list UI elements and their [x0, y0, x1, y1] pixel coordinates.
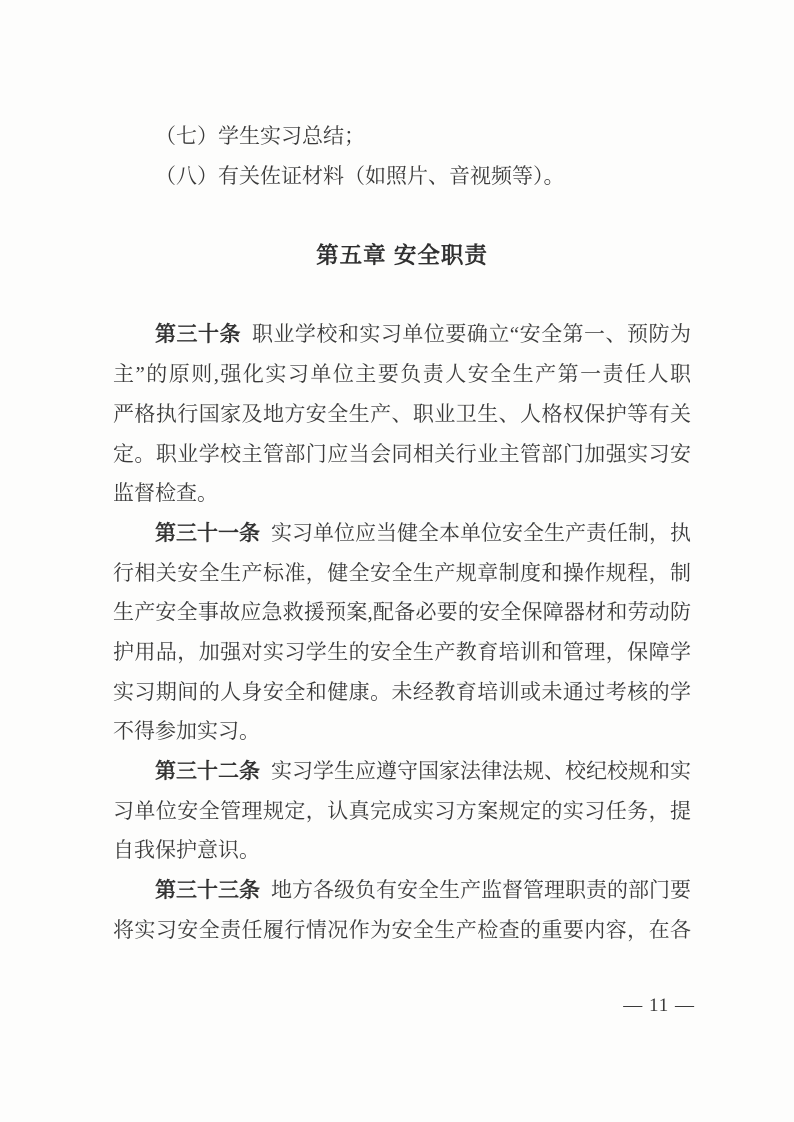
article-33-number: 第三十三条: [155, 878, 260, 902]
article-31-line-2: 行相关安全生产标准，健全安全生产规章制度和操作规程，制定: [113, 554, 691, 594]
document-body: （七）学生实习总结； （八）有关佐证材料（如照片、音视频等）。 第五章 安全职责…: [113, 117, 691, 950]
page-number: — 11 —: [623, 995, 695, 1017]
article-31-line-6: 不得参加实习。: [113, 712, 691, 752]
article-32-number: 第三十二条: [155, 759, 260, 783]
article-32-line-3: 自我保护意识。: [113, 831, 691, 871]
article-30-line-4: 定。职业学校主管部门应当会同相关行业主管部门加强实习安全: [113, 435, 691, 475]
list-item-7: （七）学生实习总结；: [113, 117, 691, 157]
article-32-line-1-text: 实习学生应遵守国家法律法规、校纪校规和实: [271, 759, 691, 783]
article-33-line-2: 将实习安全责任履行情况作为安全生产检查的重要内容，在各自: [113, 911, 691, 951]
chapter-heading: 第五章 安全职责: [113, 236, 691, 276]
article-30-line-5: 监督检查。: [113, 474, 691, 514]
spacer: [113, 276, 691, 316]
article-30-line-3: 严格执行国家及地方安全生产、职业卫生、人格权保护等有关规: [113, 395, 691, 435]
article-32-line-1: 第三十二条实习学生应遵守国家法律法规、校纪校规和实: [113, 752, 691, 792]
article-30-line-1-text: 职业学校和实习单位要确立“安全第一、预防为: [252, 322, 691, 346]
spacer: [113, 196, 691, 236]
article-33-line-1-text: 地方各级负有安全生产监督管理职责的部门要: [271, 878, 691, 902]
article-32-line-2: 习单位安全管理规定，认真完成实习方案规定的实习任务，提高: [113, 792, 691, 832]
article-31-line-1: 第三十一条实习单位应当健全本单位安全生产责任制，执: [113, 514, 691, 554]
article-30-line-2: 主”的原则,强化实习单位主要负责人安全生产第一责任人职责，: [113, 355, 691, 395]
document-page: （七）学生实习总结； （八）有关佐证材料（如照片、音视频等）。 第五章 安全职责…: [0, 0, 794, 1122]
article-33-line-1: 第三十三条地方各级负有安全生产监督管理职责的部门要: [113, 871, 691, 911]
article-31-line-1-text: 实习单位应当健全本单位安全生产责任制，执: [271, 521, 691, 545]
list-item-8: （八）有关佐证材料（如照片、音视频等）。: [113, 157, 691, 197]
article-31-line-5: 实习期间的人身安全和健康。未经教育培训或未通过考核的学生: [113, 673, 691, 713]
article-30-number: 第三十条: [155, 322, 241, 346]
article-31-line-4: 护用品，加强对实习学生的安全生产教育培训和管理，保障学生: [113, 633, 691, 673]
article-30-line-1: 第三十条职业学校和实习单位要确立“安全第一、预防为: [113, 315, 691, 355]
article-31-number: 第三十一条: [155, 521, 260, 545]
article-31-line-3: 生产安全事故应急救援预案,配备必要的安全保障器材和劳动防: [113, 593, 691, 633]
